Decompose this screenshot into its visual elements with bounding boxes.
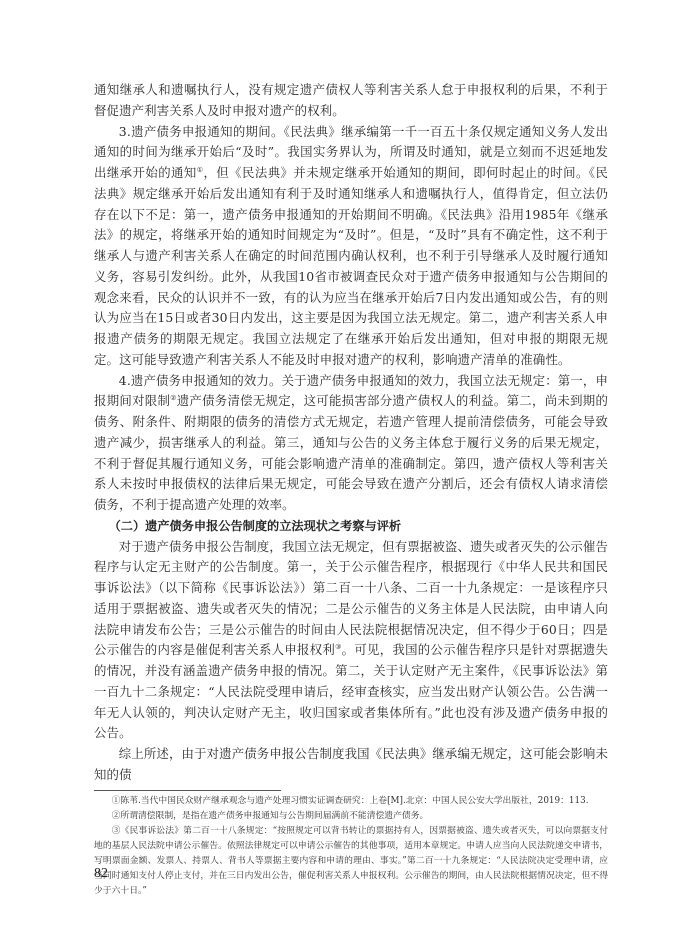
body-paragraph-notice-period: 3.遗产债务申报通知的期间。《民法典》继承编第一千一百五十条仅规定通知义务人发出… bbox=[94, 122, 608, 371]
body-paragraph-notice-effect: 4.遗产债务申报通知的效力。关于遗产债务申报通知的效力，我国立法无规定：第一，申… bbox=[94, 371, 608, 516]
footnote-ref-2[interactable]: ② bbox=[170, 394, 177, 402]
footnote-2: ②所谓清偿限制，是指在遗产债务申报通知与公告期间届满前不能清偿遗产债务。 bbox=[94, 809, 608, 824]
footnote-ref-3[interactable]: ③ bbox=[335, 643, 342, 651]
paragraph-text-cont: ，但《民法典》并未规定继承开始通知的期间，即何时起止的时间。《民法典》规定继承开… bbox=[94, 165, 608, 367]
page-number: 82 bbox=[94, 866, 108, 882]
footnote-1: ①陈苇.当代中国民众财产继承观念与遗产处理习惯实证调查研究：上卷[M].北京：中… bbox=[94, 794, 608, 809]
paragraph-text-cont: 遗产债务清偿无规定，这可能损害部分遗产债权人的利益。第二，尚未到期的债务、附条件… bbox=[94, 393, 608, 512]
footnote-3: ③《民事诉讼法》第二百一十八条规定：“按照规定可以背书转让的票据持有人，因票据被… bbox=[94, 824, 608, 899]
paragraph-text: 综上所述，由于对遗产债务申报公告制度我国《民法典》继承编无规定，这可能会影响未知… bbox=[94, 746, 608, 782]
body-paragraph-announcement: 对于遗产债务申报公告制度，我国立法无规定，但有票据被盗、遗失或者灭失的公示催告程… bbox=[94, 537, 608, 745]
paragraph-text: 对于遗产债务申报公告制度，我国立法无规定，但有票据被盗、遗失或者灭失的公示催告程… bbox=[94, 539, 608, 658]
body-paragraph-summary: 综上所述，由于对遗产债务申报公告制度我国《民法典》继承编无规定，这可能会影响未知… bbox=[94, 744, 608, 786]
document-page: 通知继承人和遗嘱执行人，没有规定遗产债权人等利害关系人怠于申报权利的后果，不利于… bbox=[94, 80, 608, 899]
body-paragraph-1: 通知继承人和遗嘱执行人，没有规定遗产债权人等利害关系人怠于申报权利的后果，不利于… bbox=[94, 80, 608, 122]
section-heading: （二）遗产债务申报公告制度的立法现状之考察与评析 bbox=[94, 516, 608, 537]
paragraph-text: 通知继承人和遗嘱执行人，没有规定遗产债权人等利害关系人怠于申报权利的后果，不利于… bbox=[94, 82, 608, 118]
footnote-divider bbox=[94, 790, 281, 791]
